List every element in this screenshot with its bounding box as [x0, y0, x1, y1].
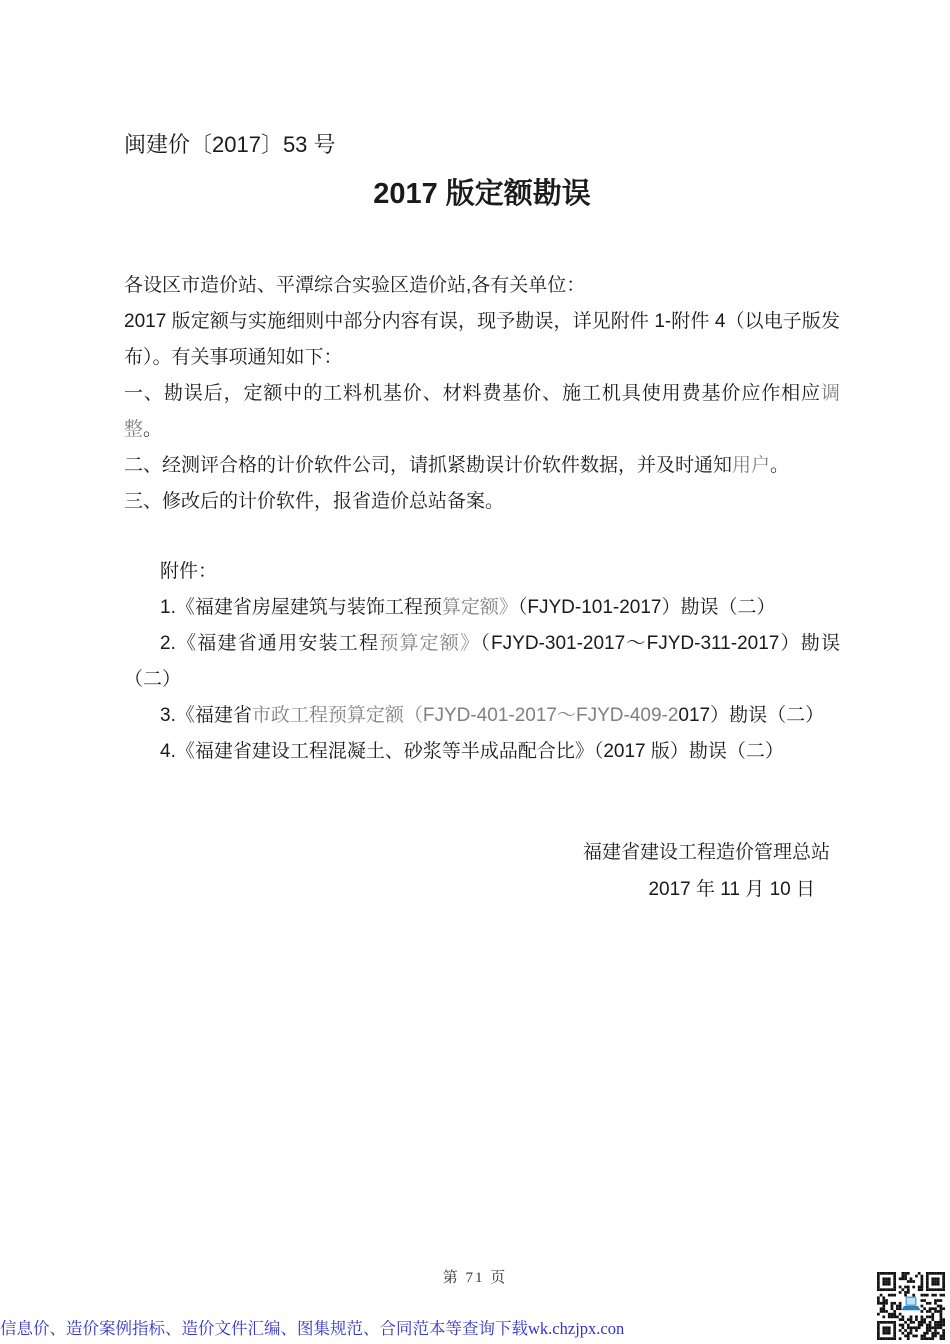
signature-date: 2017 年 11 月 10 日 [124, 871, 830, 908]
text-segment: 4.《福建省建设工程混凝土、砂浆等半成品配合比》（2017 版）勘误（二） [160, 741, 784, 762]
text-segment: 2.《福建省通用安装工程 [160, 633, 379, 654]
salutation: 各设区市造价站、平潭综合实验区造价站,各有关单位： [124, 268, 840, 304]
notice-item-1: 一、勘误后，定额中的工料机基价、材料费基价、施工机具使用费基价应作相应调整。 [124, 376, 840, 448]
notice-item-2: 二、经测评合格的计价软件公司，请抓紧勘误计价软件数据，并及时通知用户。 [124, 448, 840, 484]
attachment-item-1: 1.《福建省房屋建筑与装饰工程预算定额》（FJYD-101-2017）勘误（二） [124, 590, 840, 626]
laptop-icon [901, 1297, 920, 1311]
document-page: 闽建价〔2017〕53 号 2017 版定额勘误 各设区市造价站、平潭综合实验区… [0, 0, 950, 1344]
text-segment: 3.《福建省 [160, 705, 252, 726]
signature-organization: 福建省建设工程造价管理总站 [124, 834, 830, 871]
page-title: 2017 版定额勘误 [124, 174, 840, 214]
text-segment-muted: 预算定额》 [379, 633, 480, 654]
text-segment: 。 [770, 455, 789, 476]
notice-item-3: 三、修改后的计价软件，报省造价总站备案。 [124, 484, 840, 520]
footer-promo-link[interactable]: 信息价、造价案例指标、造价文件汇编、图集规范、合同范本等查询下载wk.chzjp… [0, 1315, 624, 1339]
document-body: 闽建价〔2017〕53 号 2017 版定额勘误 各设区市造价站、平潭综合实验区… [124, 130, 840, 908]
qr-code [877, 1272, 945, 1340]
attachments-label: 附件： [124, 554, 840, 590]
text-segment-muted: 市政工程预算定额（FJYD-401-2017～FJYD-409-2 [252, 705, 679, 726]
text-segment: 一、勘误后，定额中的工料机基价、材料费基价、施工机具使用费基价应作相应 [124, 383, 821, 404]
text-segment: 二、经测评合格的计价软件公司，请抓紧勘误计价软件数据，并及时通知 [124, 455, 732, 476]
attachment-item-4: 4.《福建省建设工程混凝土、砂浆等半成品配合比》（2017 版）勘误（二） [124, 734, 840, 770]
doc-number: 闽建价〔2017〕53 号 [124, 130, 840, 160]
text-segment: 017）勘误（二） [678, 705, 824, 726]
text-segment: 三、修改后的计价软件，报省造价总站备案。 [124, 491, 504, 512]
text-segment: 1.《福建省房屋建筑与装饰工程预 [160, 597, 442, 618]
intro-paragraph: 2017 版定额与实施细则中部分内容有误，现予勘误，详见附件 1-附件 4（以电… [124, 304, 840, 376]
page-number: 第 71 页 [0, 1266, 950, 1287]
text-segment-muted: 算定额》 [442, 597, 518, 618]
text-segment: （FJYD-101-2017）勘误（二） [518, 597, 776, 618]
attachment-item-3: 3.《福建省市政工程预算定额（FJYD-401-2017～FJYD-409-20… [124, 698, 840, 734]
attachment-item-2: 2.《福建省通用安装工程预算定额》（FJYD-301-2017～FJYD-311… [124, 626, 840, 698]
text-segment: 。 [143, 419, 162, 440]
signature-block: 福建省建设工程造价管理总站 2017 年 11 月 10 日 [124, 834, 840, 908]
text-segment-muted: 用户 [732, 455, 770, 476]
